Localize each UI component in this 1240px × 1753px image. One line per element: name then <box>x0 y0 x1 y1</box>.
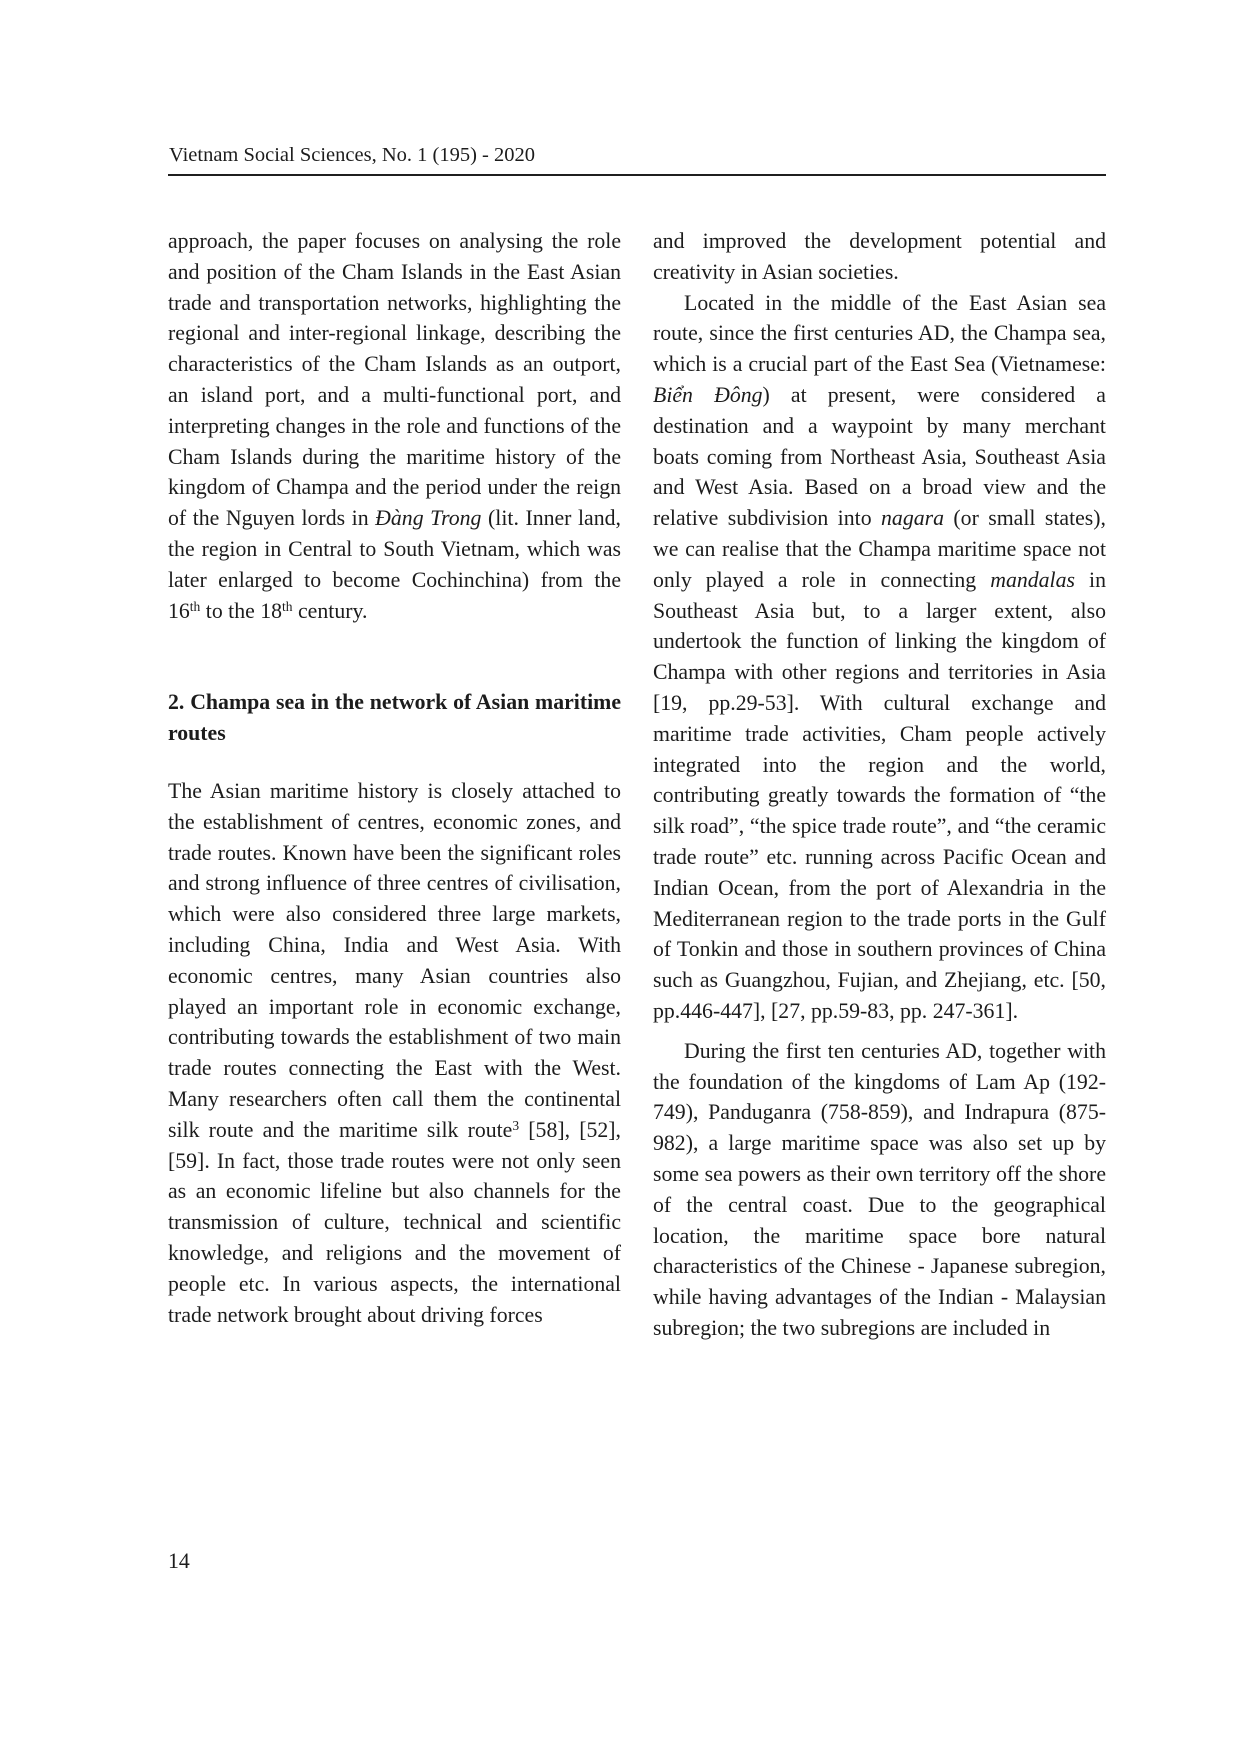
body-paragraph: The Asian maritime history is closely at… <box>168 776 621 1330</box>
running-header: Vietnam Social Sciences, No. 1 (195) - 2… <box>169 144 1106 167</box>
text-run: century. <box>293 599 368 623</box>
text-run: in Southeast Asia but, to a larger exten… <box>653 568 1106 1023</box>
two-column-layout: approach, the paper focuses on analysing… <box>168 226 1106 1344</box>
journal-title: Vietnam Social Sciences, No. 1 (195) - 2… <box>169 144 535 166</box>
text-run: to the 18 <box>200 599 282 623</box>
text-run: During the first ten centuries AD, toget… <box>653 1039 1106 1340</box>
superscript: 3 <box>512 1118 519 1133</box>
document-page: Vietnam Social Sciences, No. 1 (195) - 2… <box>0 0 1240 1753</box>
body-paragraph: During the first ten centuries AD, toget… <box>653 1036 1106 1344</box>
body-paragraph: and improved the development potential a… <box>653 226 1106 288</box>
text-run: [58], [52], [59]. In fact, those trade r… <box>168 1118 621 1327</box>
page-number: 14 <box>168 1549 190 1574</box>
text-run: 2. Champa sea in the network of Asian ma… <box>168 690 621 745</box>
text-run: approach, the paper focuses on analysing… <box>168 229 621 530</box>
right-column: and improved the development potential a… <box>653 226 1106 1344</box>
text-run: and improved the development potential a… <box>653 229 1106 284</box>
superscript: th <box>190 599 201 614</box>
page-content: Vietnam Social Sciences, No. 1 (195) - 2… <box>168 144 1106 1344</box>
section-heading: 2. Champa sea in the network of Asian ma… <box>168 687 621 749</box>
italic-text: Đàng Trong <box>375 506 481 530</box>
left-column: approach, the paper focuses on analysing… <box>168 226 621 1344</box>
body-paragraph: Located in the middle of the East Asian … <box>653 288 1106 1027</box>
italic-text: mandalas <box>990 568 1075 592</box>
superscript: th <box>282 599 293 614</box>
text-run: The Asian maritime history is closely at… <box>168 779 621 1142</box>
body-paragraph: approach, the paper focuses on analysing… <box>168 226 621 626</box>
italic-text: Biển Đông <box>653 383 763 407</box>
text-run: Located in the middle of the East Asian … <box>653 291 1106 377</box>
header-rule <box>168 174 1106 176</box>
italic-text: nagara <box>881 506 944 530</box>
